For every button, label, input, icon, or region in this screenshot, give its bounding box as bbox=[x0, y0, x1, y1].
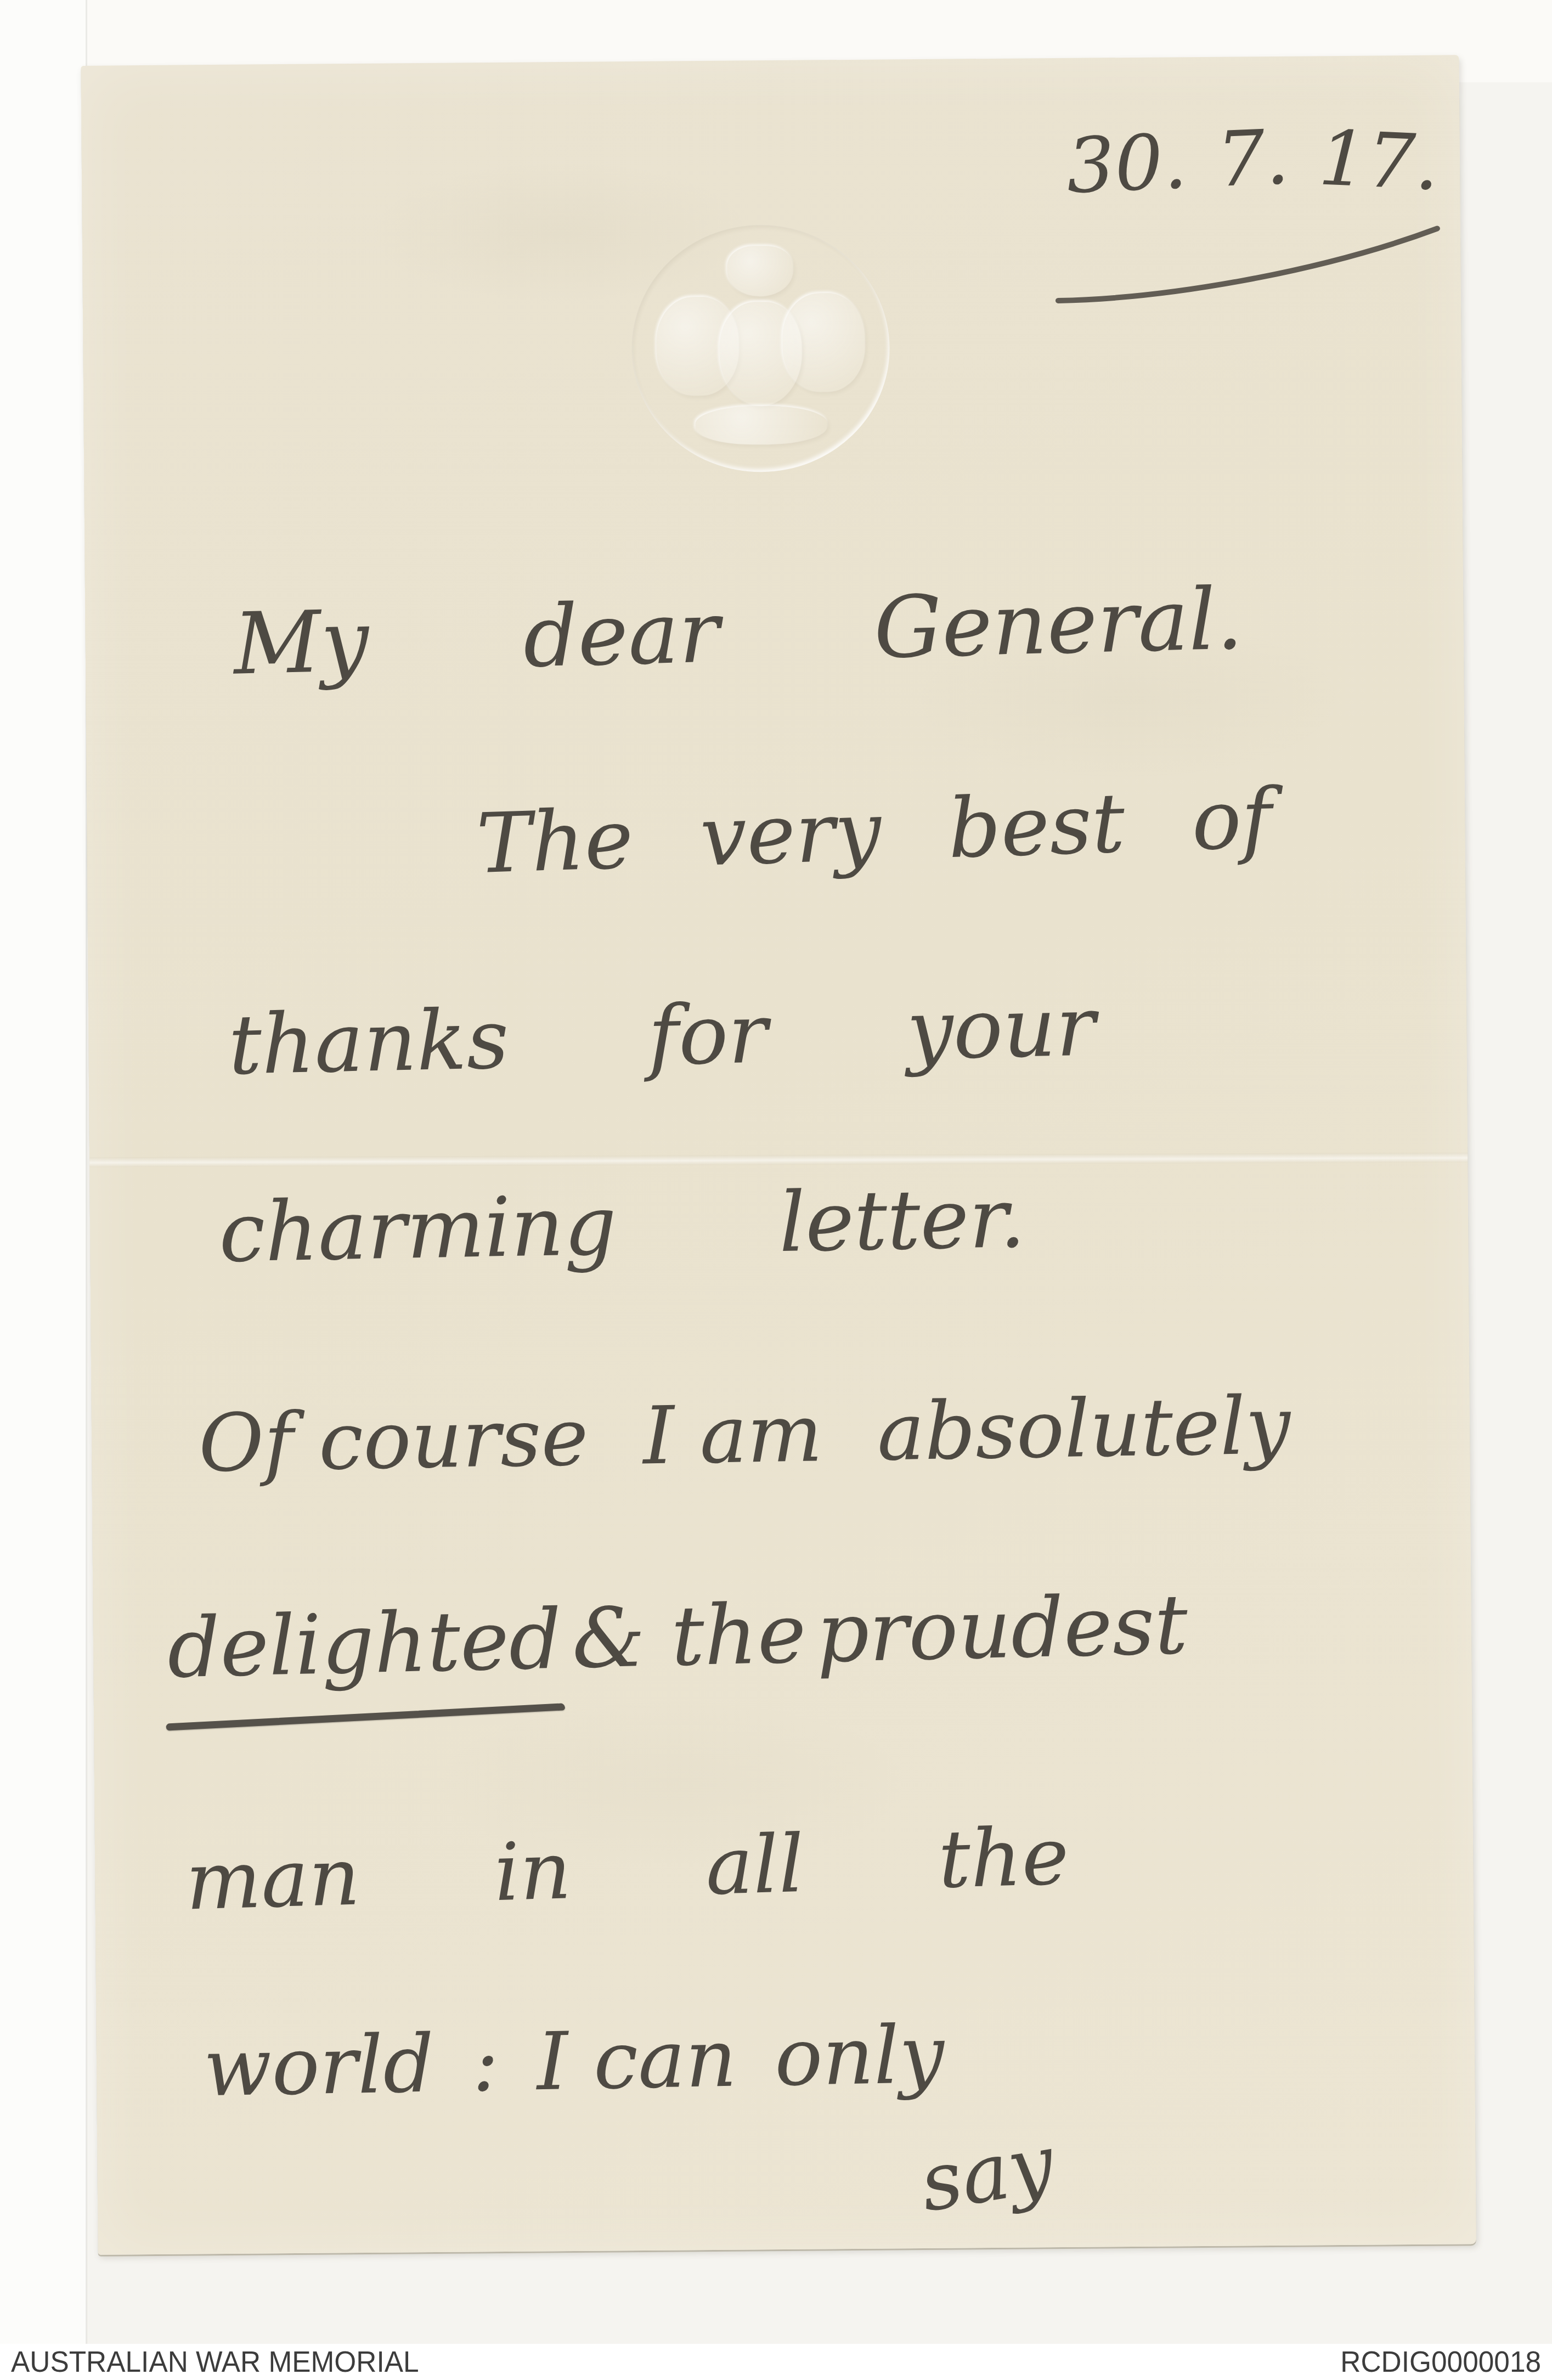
word: best bbox=[946, 776, 1126, 877]
word: The bbox=[475, 792, 635, 892]
date-day: 30. bbox=[1065, 117, 1189, 210]
scanned-letter-page: 30. 7. 17. My dear General. The very bes… bbox=[0, 0, 1552, 2380]
word: General. bbox=[873, 569, 1244, 678]
archive-name-label: AUSTRALIAN WAR MEMORIAL bbox=[11, 2345, 419, 2379]
word: & the bbox=[571, 1586, 807, 1687]
word: : bbox=[471, 2017, 500, 2110]
word: world bbox=[203, 2018, 435, 2115]
archive-id-label: RCDIG0000018 bbox=[1340, 2345, 1541, 2379]
word: man bbox=[184, 1830, 361, 1928]
handwritten-line-4: charming letter. bbox=[218, 1171, 1026, 1281]
word: of bbox=[1190, 771, 1273, 869]
word: proudest bbox=[815, 1577, 1189, 1682]
handwritten-overflow-word-say: say bbox=[913, 2117, 1060, 2230]
letter-sheet: 30. 7. 17. My dear General. The very bes… bbox=[81, 55, 1476, 2255]
date-year: 17. bbox=[1317, 114, 1441, 208]
handwritten-line-3: thanks for your bbox=[228, 979, 1096, 1093]
word: the bbox=[937, 1810, 1070, 1907]
handwritten-line-1: My dear General. bbox=[233, 569, 1244, 694]
word: letter. bbox=[778, 1171, 1026, 1271]
word: charming bbox=[218, 1178, 618, 1281]
handwritten-line-2: The very best of bbox=[475, 771, 1273, 892]
royal-crest-emboss-icon bbox=[631, 224, 891, 473]
handwritten-line-8: world : I can only bbox=[203, 2009, 945, 2115]
handwritten-line-7: man in all the bbox=[184, 1810, 1070, 1928]
word: I can bbox=[536, 2012, 737, 2109]
word: for bbox=[647, 986, 768, 1085]
crest-crown-emboss bbox=[727, 246, 793, 297]
date-month: 7. bbox=[1215, 112, 1291, 204]
crest-scroll-emboss bbox=[695, 405, 827, 445]
crest-shield-emboss bbox=[719, 302, 802, 407]
word: My bbox=[233, 591, 370, 694]
word: dear bbox=[522, 582, 721, 686]
scanner-background-left-strip bbox=[0, 0, 87, 2344]
handwritten-line-5: Of course I am absolutely bbox=[198, 1379, 1291, 1490]
word: in bbox=[493, 1824, 573, 1919]
paper-fold-crease bbox=[89, 1153, 1468, 1168]
handwritten-line-6: delighted & the proudest bbox=[166, 1577, 1189, 1697]
archive-footer-bar: AUSTRALIAN WAR MEMORIAL RCDIG0000018 bbox=[0, 2344, 1552, 2380]
word: very bbox=[699, 783, 883, 885]
word-underlined-delighted: delighted bbox=[166, 1592, 562, 1696]
word: absolutely bbox=[877, 1379, 1291, 1479]
word: only bbox=[774, 2009, 945, 2105]
date-line: 30. 7. 17. bbox=[1065, 106, 1441, 211]
word: all bbox=[704, 1818, 805, 1913]
word: your bbox=[906, 979, 1096, 1078]
word: I am bbox=[642, 1387, 823, 1482]
word: Of course bbox=[198, 1391, 589, 1490]
date-underline-stroke bbox=[1053, 219, 1443, 311]
word: thanks bbox=[228, 992, 510, 1093]
